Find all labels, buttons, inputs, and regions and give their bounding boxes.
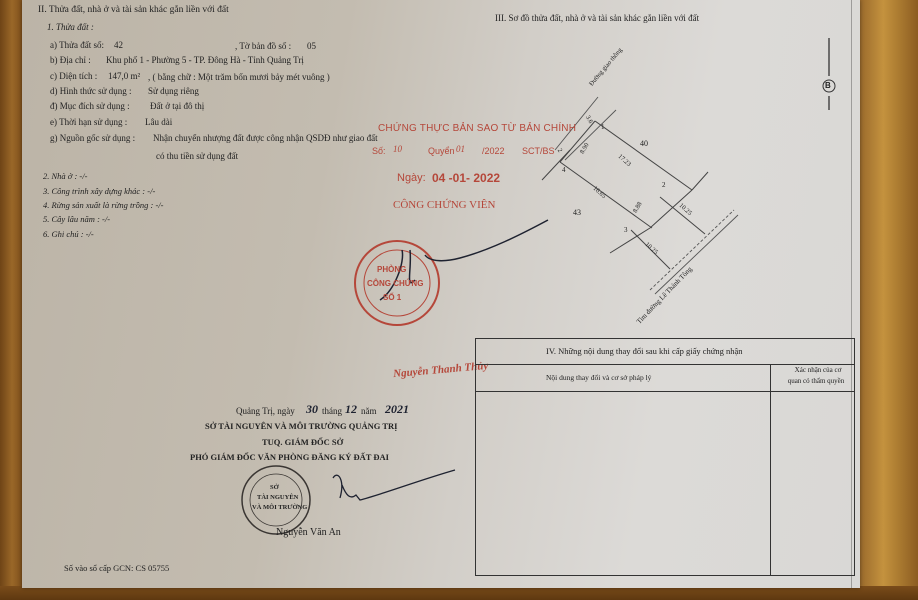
registry-number: Số vào sổ cấp GCN: CS 05755 bbox=[64, 563, 169, 573]
changes-table-column-divider bbox=[770, 364, 771, 575]
official-seal-line-1: SỞ bbox=[270, 484, 279, 491]
changes-table-title-row: IV. Những nội dung thay đổi sau khi cấp … bbox=[476, 339, 854, 365]
column-header-changes: Nội dung thay đổi và cơ sở pháp lý bbox=[546, 373, 651, 382]
column-header-confirmation-1: Xác nhận của cơ bbox=[783, 366, 853, 374]
section-4-title: IV. Những nội dung thay đổi sau khi cấp … bbox=[546, 346, 743, 356]
official-seal-line-2: TÀI NGUYÊN bbox=[257, 494, 298, 501]
changes-table-header-row: Nội dung thay đổi và cơ sở pháp lý Xác n… bbox=[476, 364, 854, 392]
official-signer-name: Nguyễn Văn An bbox=[276, 527, 341, 538]
official-seal-line-3: VÀ MÔI TRƯỜNG bbox=[252, 504, 307, 511]
changes-table: IV. Những nội dung thay đổi sau khi cấp … bbox=[475, 338, 855, 576]
column-header-confirmation-2: quan có thẩm quyền bbox=[776, 377, 856, 385]
